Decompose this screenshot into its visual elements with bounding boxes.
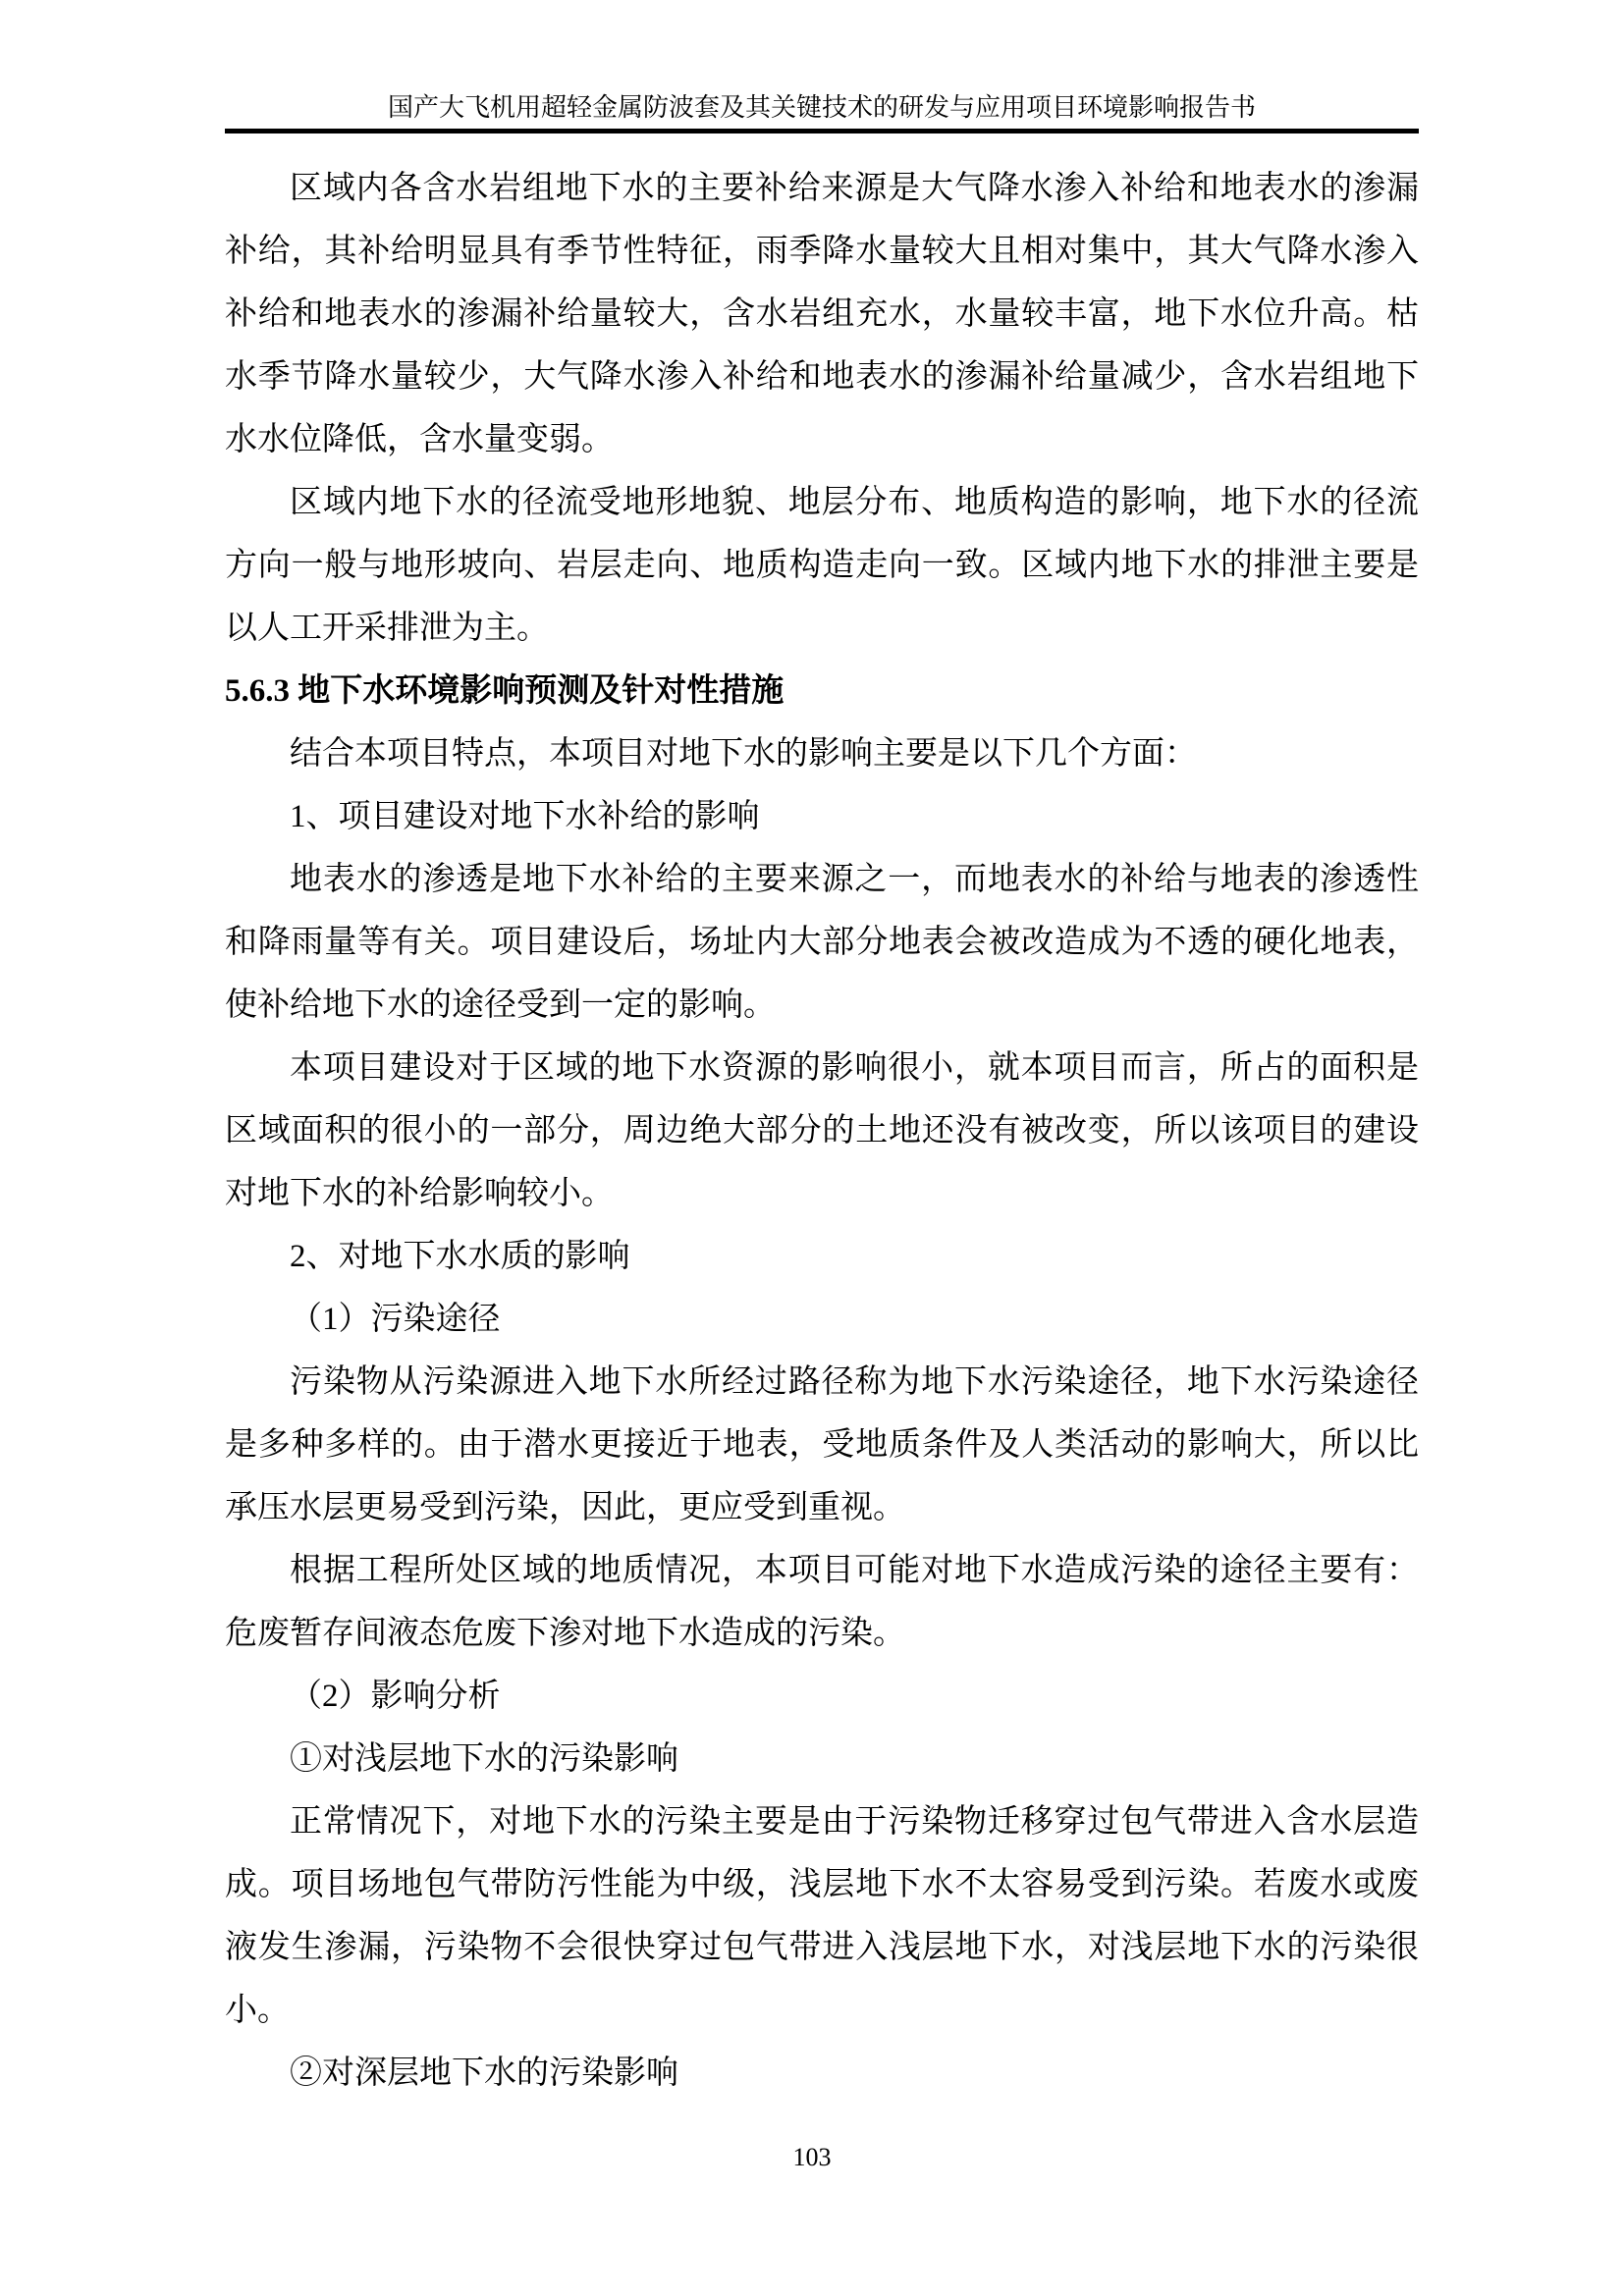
paragraph: （2）影响分析: [225, 1665, 1419, 1728]
document-page: 国产大飞机用超轻金属防波套及其关键技术的研发与应用项目环境影响报告书 区域内各含…: [0, 0, 1624, 2296]
paragraph: （1）污染途径: [225, 1288, 1419, 1351]
document-body: 区域内各含水岩组地下水的主要补给来源是大气降水渗入补给和地表水的渗漏补给，其补给…: [225, 157, 1419, 2105]
header-rule: [225, 129, 1419, 133]
paragraph: 污染物从污染源进入地下水所经过路径称为地下水污染途径，地下水污染途径是多种多样的…: [225, 1351, 1419, 1539]
paragraph: 本项目建设对于区域的地下水资源的影响很小，就本项目而言，所占的面积是区域面积的很…: [225, 1037, 1419, 1225]
section-heading: 5.6.3 地下水环境影响预测及针对性措施: [225, 660, 1419, 722]
paragraph: 正常情况下，对地下水的污染主要是由于污染物迁移穿过包气带进入含水层造成。项目场地…: [225, 1790, 1419, 2042]
paragraph: 结合本项目特点，本项目对地下水的影响主要是以下几个方面：: [225, 722, 1419, 785]
page-number: 103: [793, 2143, 832, 2171]
paragraph: 2、对地下水水质的影响: [225, 1225, 1419, 1288]
header-title: 国产大飞机用超轻金属防波套及其关键技术的研发与应用项目环境影响报告书: [225, 92, 1419, 124]
paragraph: 区域内地下水的径流受地形地貌、地层分布、地质构造的影响，地下水的径流方向一般与地…: [225, 471, 1419, 660]
page-footer: 103: [0, 2142, 1624, 2173]
paragraph: 1、项目建设对地下水补给的影响: [225, 785, 1419, 848]
paragraph: 地表水的渗透是地下水补给的主要来源之一，而地表水的补给与地表的渗透性和降雨量等有…: [225, 848, 1419, 1037]
paragraph: 区域内各含水岩组地下水的主要补给来源是大气降水渗入补给和地表水的渗漏补给，其补给…: [225, 157, 1419, 471]
paragraph: ①对浅层地下水的污染影响: [225, 1728, 1419, 1790]
paragraph: ②对深层地下水的污染影响: [225, 2042, 1419, 2105]
paragraph: 根据工程所处区域的地质情况，本项目可能对地下水造成污染的途径主要有：危废暂存间液…: [225, 1539, 1419, 1665]
